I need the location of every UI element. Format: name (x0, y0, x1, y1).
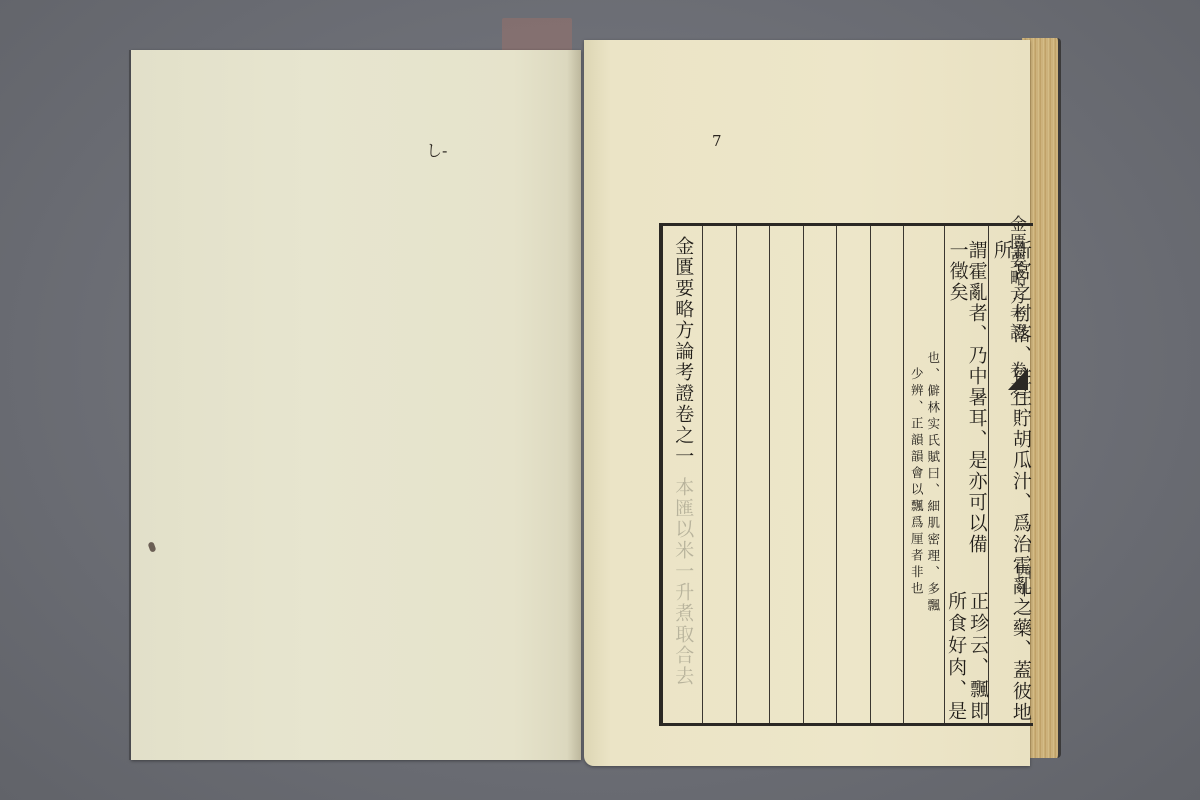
title-column: 金匱要略方論考證卷之一 本匯以米一升煮取合去 (663, 226, 702, 723)
empty-column (836, 226, 869, 723)
column-3-note-right: 也、僻林实氏賦曰、細肌密理、多飄 (926, 351, 939, 615)
empty-column (736, 226, 769, 723)
folio-number: 四十二 (1014, 565, 1035, 616)
left-page-stain (147, 541, 156, 552)
block-edge-volume: 卷之一 (1004, 361, 1029, 415)
text-columns: 新宮之村落、往往貯胡瓜汁、爲治霍亂之藥、蓋彼地所 謂霍亂者、乃中暑耳、是亦可以備… (663, 226, 1033, 723)
folio-number-text: 四十二 (1014, 565, 1035, 616)
left-page-blank: し- (131, 50, 581, 760)
empty-column (769, 226, 802, 723)
column-3-note-left: 少辨、正韻韻會以飄爲厘者非也 (910, 367, 923, 598)
text-column-3-annotations: 也、僻林实氏賦曰、細肌密理、多飄 少辨、正韻韻會以飄爲厘者非也 (903, 226, 944, 723)
faded-bleedthrough-text: 本匯以米一升煮取合去 (673, 477, 692, 687)
column-2-annotations: 正珍云、飄即 所食好肉、是 (946, 577, 987, 723)
empty-column (702, 226, 735, 723)
right-handwritten-mark: 7 (712, 132, 722, 150)
block-edge-title: 金匱要略方考證 (1004, 215, 1029, 341)
spine-shadow (567, 50, 581, 760)
empty-column (803, 226, 836, 723)
empty-column (870, 226, 903, 723)
block-edge-heading: 金匱要略方考證 卷之一 (1004, 215, 1034, 735)
printed-text-block: 新宮之村落、往往貯胡瓜汁、爲治霍亂之藥、蓋彼地所 謂霍亂者、乃中暑耳、是亦可以備… (659, 223, 1033, 726)
left-handwritten-mark: し- (426, 138, 447, 161)
column-2-note-left: 所食好肉、是 (946, 591, 965, 723)
text-column-2: 謂霍亂者、乃中暑耳、是亦可以備一徵矣 正珍云、飄即 所食好肉、是 (944, 226, 987, 723)
column-2-main-text: 謂霍亂者、乃中暑耳、是亦可以備一徵矣 (948, 240, 986, 575)
column-2-note-right: 正珍云、飄即 (968, 591, 987, 723)
block-title: 金匱要略方論考證卷之一 (673, 236, 692, 467)
